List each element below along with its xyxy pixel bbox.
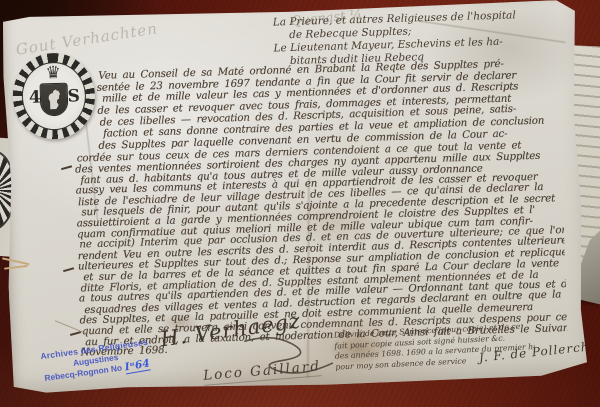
seal-inner-disc: ♛ 4 S — [21, 61, 87, 131]
docket-note: Delivré de cette Sentence (pour copie) e… — [334, 321, 536, 372]
crown-icon: ♛ — [45, 65, 61, 82]
body-text-upper: Veu au Conseil de sa Maté ordonné en Bra… — [96, 57, 560, 152]
archive-stamp-number: Iᵘ64 — [124, 358, 151, 374]
archive-stamp: Archives des Religieuses Augustines Rebe… — [31, 336, 160, 387]
faint-inscription-left: Gout Verhachten — [15, 19, 159, 58]
seal-value-left: 4 — [29, 87, 41, 107]
leather-table-background: Gout Verhachten Quenast ¼ ♛ 4 S — [0, 0, 600, 407]
parchment-sheet: Gout Verhachten Quenast ¼ ♛ 4 S — [1, 0, 588, 394]
margin-dash — [63, 267, 74, 272]
lion-rampant-icon — [44, 86, 65, 113]
main-document: Gout Verhachten Quenast ¼ ♛ 4 S — [1, 0, 588, 394]
shield-icon — [41, 84, 68, 116]
margin-dash — [61, 165, 72, 170]
revenue-stamp-seal: ♛ 4 S — [12, 52, 97, 140]
seal-value-right: S — [67, 86, 80, 106]
loco-signature: Loco Gaillard — [203, 358, 322, 386]
